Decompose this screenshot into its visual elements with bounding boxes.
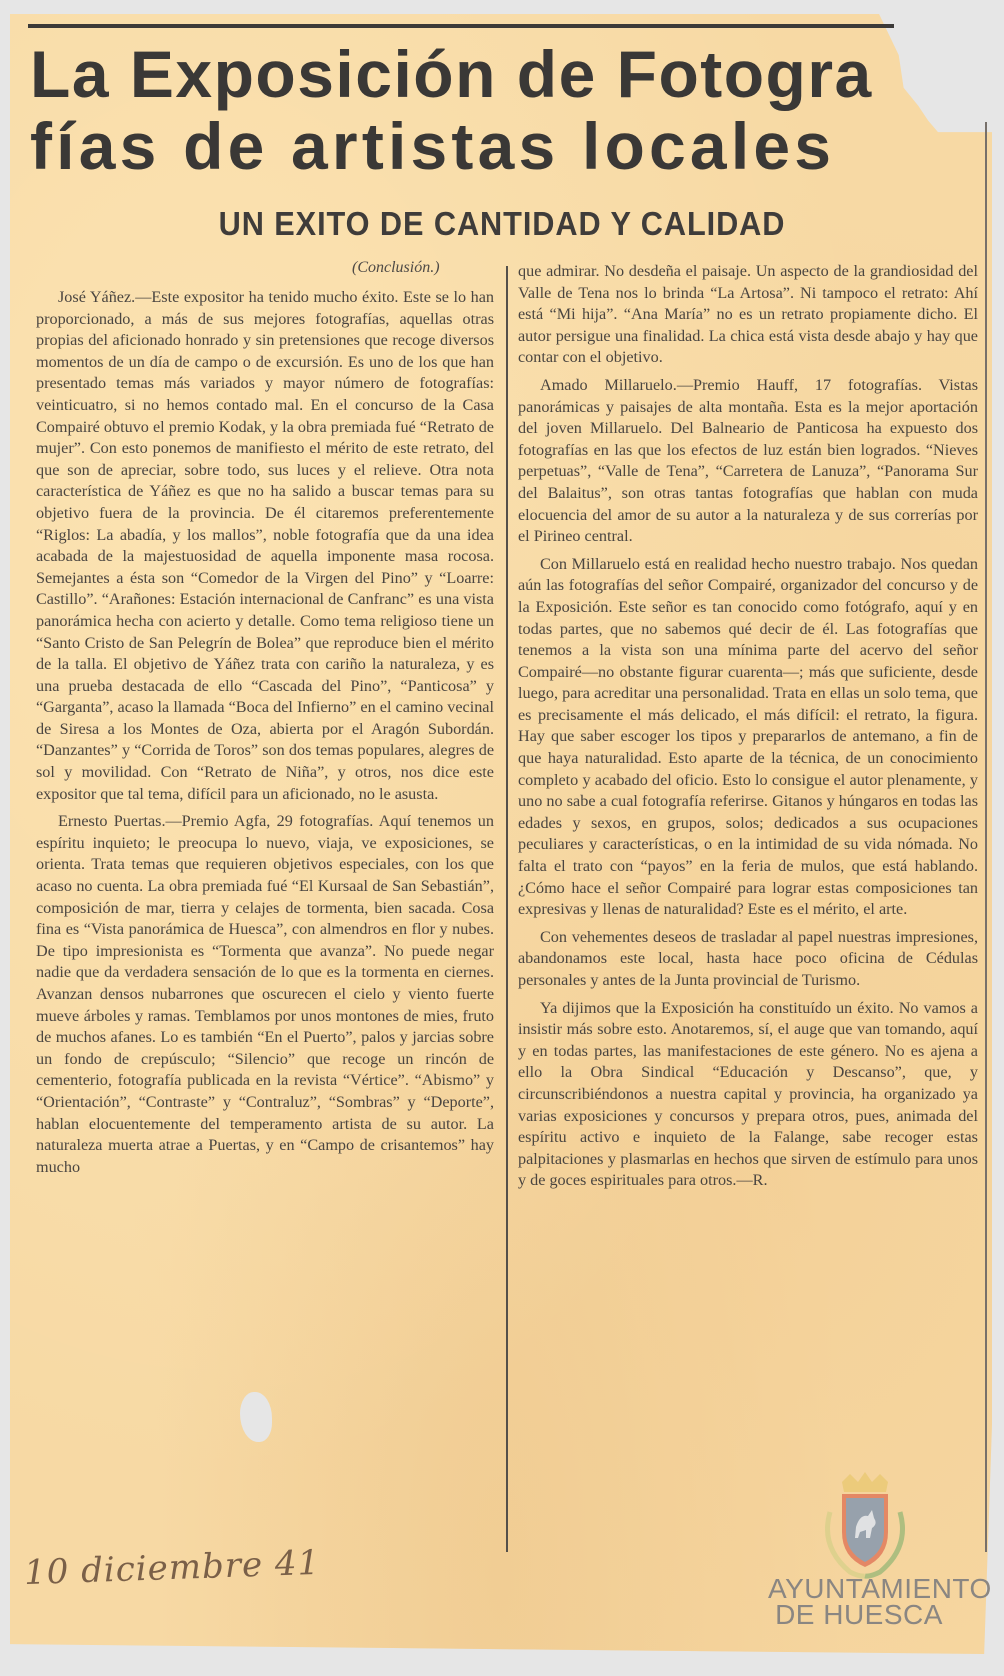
paragraph-closing: Ya dijimos que la Exposición ha constitu… — [518, 998, 978, 1192]
paragraph-amado-millaruelo: Amado Millaruelo.—Premio Hauff, 17 fotog… — [518, 375, 978, 548]
coat-of-arms-icon — [820, 1472, 910, 1582]
paragraph-ernesto-puertas: Ernesto Puertas.—Premio Agfa, 29 fotogra… — [36, 811, 494, 1178]
subheadline: UN EXITO DE CANTIDAD Y CALIDAD — [35, 205, 969, 243]
header-rule — [28, 24, 894, 28]
headline-line-1: La Exposición de Fotogra — [30, 38, 990, 110]
paragraph-continuation: que admirar. No desdeña el paisaje. Un a… — [518, 261, 978, 369]
headline-line-2: fías de artistas locales — [30, 110, 990, 182]
paragraph-impresiones: Con vehementes deseos de trasladar al pa… — [518, 927, 978, 992]
conclusion-label: (Conclusión.) — [352, 259, 440, 277]
article-column-left: José Yáñez.—Este expositor ha tenido muc… — [36, 287, 494, 1184]
watermark-text: AYUNTAMIENTO DE HUESCA — [768, 1576, 950, 1628]
right-border-rule — [985, 122, 987, 1552]
article-column-right: que admirar. No desdeña el paisaje. Un a… — [518, 261, 978, 1198]
paragraph-compaire: Con Millaruelo está en realidad hecho nu… — [518, 554, 978, 921]
column-divider — [506, 266, 508, 1552]
watermark-line-2: DE HUESCA — [768, 1602, 950, 1628]
headline: La Exposición de Fotogra fías de artista… — [30, 38, 990, 182]
paragraph-jose-yanez: José Yáñez.—Este expositor ha tenido muc… — [36, 287, 494, 805]
